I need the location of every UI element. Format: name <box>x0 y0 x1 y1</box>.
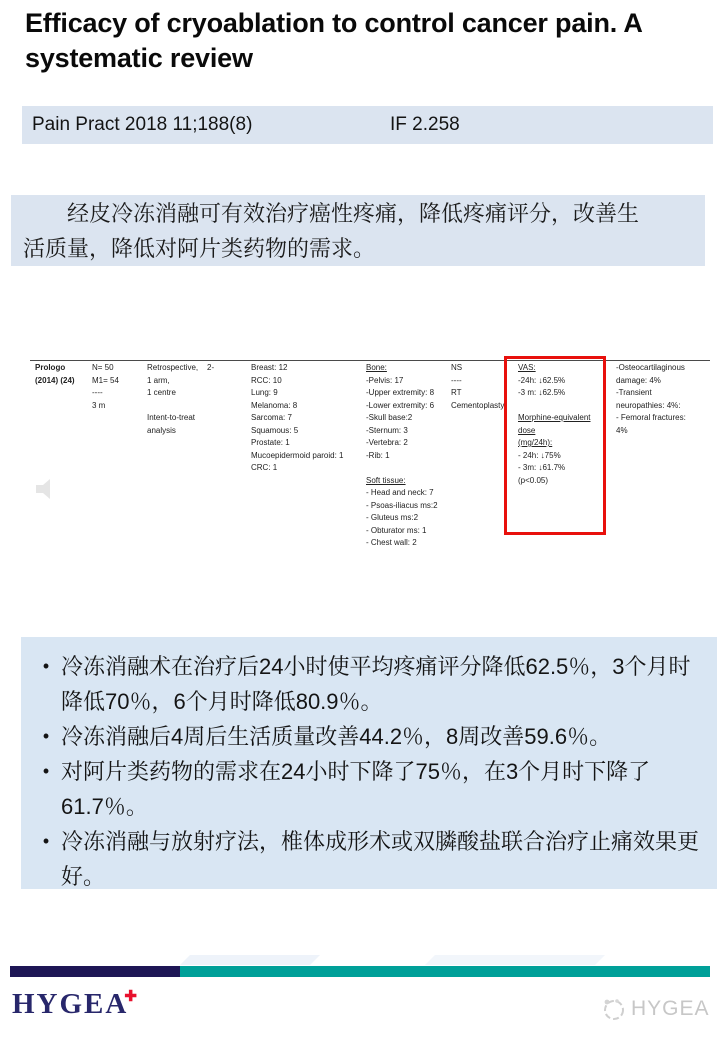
table-cell-line: Cementoplasty <box>451 400 504 413</box>
bullet-list: •冷冻消融术在治疗后24小时使平均疼痛评分降低62.5％，3个月时降低70％，6… <box>31 649 703 894</box>
bullet-item: •冷冻消融术在治疗后24小时使平均疼痛评分降低62.5％，3个月时降低70％，6… <box>31 649 703 719</box>
table-column-outcomes: VAS:-24h: ↓62.5%-3 m: ↓62.5% Morphine-eq… <box>518 362 591 487</box>
bullet-marker: • <box>31 649 61 719</box>
table-cell-line: - Obturator ms: 1 <box>366 525 438 538</box>
table-cell-line: 1 arm, <box>147 375 198 388</box>
hygea-logo: HYGEA✚ <box>12 988 141 1021</box>
citation-band: Pain Pract 2018 11;188(8) IF 2.258 <box>22 106 713 144</box>
table-cell-line: M1= 54 <box>92 375 119 388</box>
table-cell-line: (p<0.05) <box>518 475 591 488</box>
table-cell-line <box>366 462 438 475</box>
table-cell-line: - 24h: ↓75% <box>518 450 591 463</box>
footer-decoration <box>180 955 320 965</box>
table-cell-line <box>147 400 198 413</box>
red-cross-icon: ✚ <box>124 989 137 1005</box>
summary-line: 经皮冷冻消融可有效治疗癌性疼痛，降低疼痛评分，改善生 <box>11 196 705 231</box>
footer-bar-teal <box>180 966 710 977</box>
table-cell-line: damage: 4% <box>616 375 686 388</box>
table-cell-line: NS <box>451 362 504 375</box>
bullet-item: •对阿片类药物的需求在24小时下降了75％，在3个月时下降了61.7％。 <box>31 754 703 824</box>
table-column-sample: N= 50M1= 54----3 m <box>92 362 119 412</box>
table-cell-line: Squamous: 5 <box>251 425 344 438</box>
table-cell-line: (2014) (24) <box>35 375 75 388</box>
bullet-text: 冷冻消融后4周后生活质量改善44.2％，8周改善59.6％。 <box>61 719 703 754</box>
bullet-marker: • <box>31 754 61 824</box>
table-cell-line: -Rib: 1 <box>366 450 438 463</box>
slide-title: Efficacy of cryoablation to control canc… <box>25 6 701 76</box>
table-cell-line: (mg/24h): <box>518 437 591 450</box>
bullet-text: 冷冻消融术在治疗后24小时使平均疼痛评分降低62.5％，3个月时降低70％，6个… <box>61 649 703 719</box>
bullet-text: 对阿片类药物的需求在24小时下降了75％，在3个月时下降了61.7％。 <box>61 754 703 824</box>
table-cell-line: -Osteocartilaginous <box>616 362 686 375</box>
slide: Efficacy of cryoablation to control canc… <box>0 0 720 1040</box>
table-cell-line: - Gluteus ms:2 <box>366 512 438 525</box>
impact-factor: IF 2.258 <box>390 114 460 136</box>
table-cell-line: -Pelvis: 17 <box>366 375 438 388</box>
watermark-logo-icon <box>601 997 625 1021</box>
table-cell-line: 1 centre <box>147 387 198 400</box>
key-points-band: •冷冻消融术在治疗后24小时使平均疼痛评分降低62.5％，3个月时降低70％，6… <box>21 637 717 889</box>
hygea-logo-text: HYGEA <box>12 988 128 1020</box>
table-cell-line: ---- <box>451 375 504 388</box>
table-cell-line: - Chest wall: 2 <box>366 537 438 550</box>
table-cell-line: Sarcoma: 7 <box>251 412 344 425</box>
table-cell-line: Retrospective, <box>147 362 198 375</box>
journal-reference: Pain Pract 2018 11;188(8) <box>32 114 252 136</box>
table-cell-line: RCC: 10 <box>251 375 344 388</box>
table-cell-line: Bone: <box>366 362 438 375</box>
table-cell-line: RT <box>451 387 504 400</box>
table-cell-line: ---- <box>92 387 119 400</box>
table-cell-line: Melanoma: 8 <box>251 400 344 413</box>
footer-bar-navy <box>10 966 180 977</box>
table-column-comparator: NS----RTCementoplasty <box>451 362 504 412</box>
bullet-text: 冷冻消融与放射疗法，椎体成形术或双膦酸盐联合治疗止痛效果更好。 <box>61 824 703 894</box>
table-cell-line: analysis <box>147 425 198 438</box>
table-column-sites: Bone:-Pelvis: 17-Upper extremity: 8-Lowe… <box>366 362 438 550</box>
table-cell-line: N= 50 <box>92 362 119 375</box>
table-cell-line: -Upper extremity: 8 <box>366 387 438 400</box>
table-cell-line: 4% <box>616 425 686 438</box>
watermark: HYGEA <box>601 997 710 1021</box>
footer-decoration <box>425 955 605 965</box>
table-cell-line: Mucoepidermoid paroid: 1 <box>251 450 344 463</box>
table-column-tumour-types: Breast: 12RCC: 10Lung: 9Melanoma: 8Sarco… <box>251 362 344 475</box>
audio-speaker-icon[interactable] <box>35 478 53 500</box>
table-cell-line: Morphine-equivalent <box>518 412 591 425</box>
table-cell-line: - Head and neck: 7 <box>366 487 438 500</box>
table-column-complications: -Osteocartilaginousdamage: 4%-Transientn… <box>616 362 686 437</box>
bullet-item: •冷冻消融与放射疗法，椎体成形术或双膦酸盐联合治疗止痛效果更好。 <box>31 824 703 894</box>
watermark-text: HYGEA <box>631 997 710 1021</box>
table-cell-line: - 3m: ↓61.7% <box>518 462 591 475</box>
table-column-arms: 2- <box>207 362 214 375</box>
table-cell-line: Breast: 12 <box>251 362 344 375</box>
table-cell-line: Intent-to-treat <box>147 412 198 425</box>
paper-table: Prologo(2014) (24)N= 50M1= 54----3 mRetr… <box>30 350 712 562</box>
table-cell-line: -Sternum: 3 <box>366 425 438 438</box>
table-cell-line: -Skull base:2 <box>366 412 438 425</box>
table-cell-line: dose <box>518 425 591 438</box>
table-cell-line <box>518 400 591 413</box>
table-cell-line: Lung: 9 <box>251 387 344 400</box>
table-cell-line: -Vertebra: 2 <box>366 437 438 450</box>
bullet-item: •冷冻消融后4周后生活质量改善44.2％，8周改善59.6％。 <box>31 719 703 754</box>
table-cell-line: - Psoas-iliacus ms:2 <box>366 500 438 513</box>
table-cell-line: - Femoral fractures: <box>616 412 686 425</box>
bullet-marker: • <box>31 719 61 754</box>
table-cell-line: -Lower extremity: 6 <box>366 400 438 413</box>
table-cell-line: VAS: <box>518 362 591 375</box>
table-cell-line: -24h: ↓62.5% <box>518 375 591 388</box>
summary-line: 活质量，降低对阿片类药物的需求。 <box>11 231 705 266</box>
table-cell-line: neuropathies: 4%: <box>616 400 686 413</box>
table-cell-line: Prologo <box>35 362 75 375</box>
summary-band: 经皮冷冻消融可有效治疗癌性疼痛，降低疼痛评分，改善生活质量，降低对阿片类药物的需… <box>11 195 705 266</box>
table-top-rule <box>30 360 710 361</box>
table-column-study: Prologo(2014) (24) <box>35 362 75 387</box>
table-cell-line: Soft tissue: <box>366 475 438 488</box>
table-cell-line: CRC: 1 <box>251 462 344 475</box>
table-cell-line: Prostate: 1 <box>251 437 344 450</box>
table-cell-line: 2- <box>207 362 214 375</box>
table-cell-line: -3 m: ↓62.5% <box>518 387 591 400</box>
table-cell-line: -Transient <box>616 387 686 400</box>
table-cell-line: 3 m <box>92 400 119 413</box>
bullet-marker: • <box>31 824 61 894</box>
table-column-design: Retrospective,1 arm,1 centre Intent-to-t… <box>147 362 198 437</box>
